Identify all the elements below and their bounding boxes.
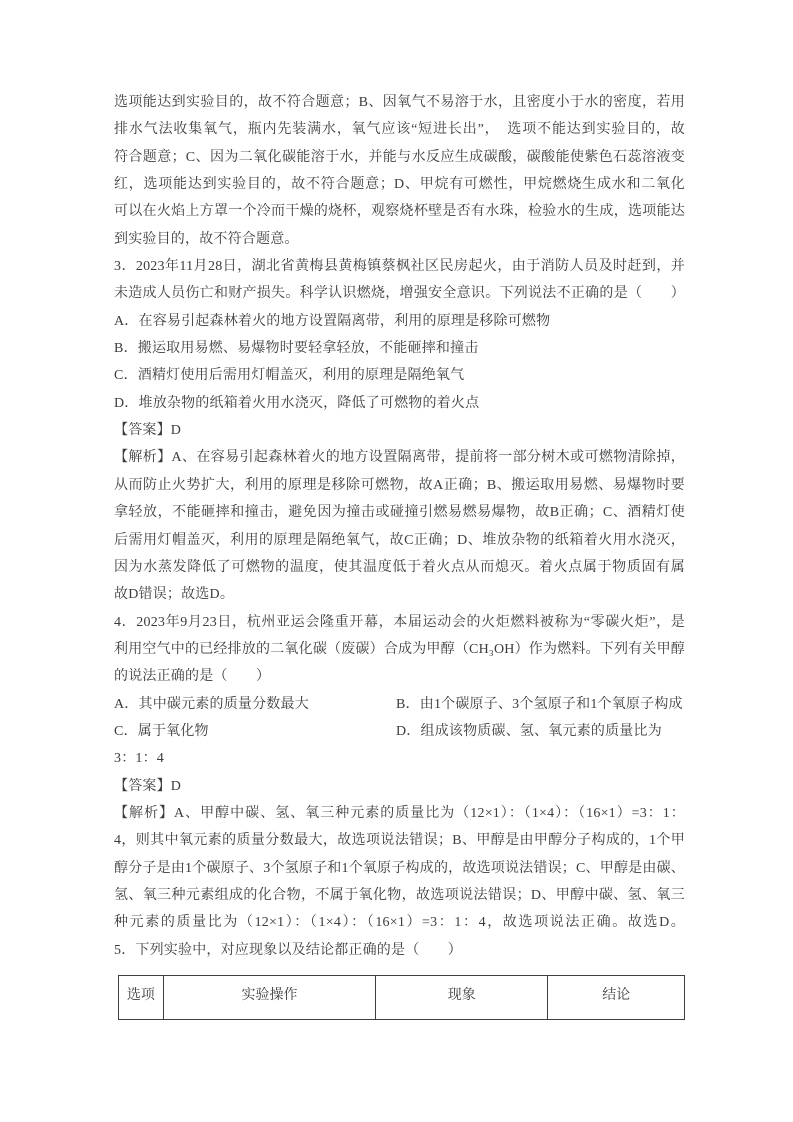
question-4-stem-line: 利用空气中的已经排放的二氧化碳（废碳）合成为甲醇（CH₃OH）作为燃料。下列有关…	[114, 636, 685, 663]
question-3-option-b: B．搬运取用易燃、易爆物时要轻拿轻放，不能砸摔和撞击	[114, 335, 685, 362]
question-4-analysis-line: 【解析】A、甲醇中碳、氢、氧三种元素的质量比为（12×1）：（1×4）：（16×…	[114, 800, 685, 827]
question-3-option-c: C．酒精灯使用后需用灯帽盖灭，利用的原理是隔绝氧气	[114, 362, 685, 389]
question-3-option-d: D．堆放杂物的纸箱着火用水浇灭，降低了可燃物的着火点	[114, 390, 685, 417]
question-4-option-d: D．组成该物质碳、氢、氧元素的质量比为	[396, 718, 685, 745]
question-3-analysis-line: 【解析】A、在容易引起森林着火的地方设置隔离带，提前将一部分树木或可燃物清除掉，	[114, 444, 685, 471]
table-header-phenomenon: 现象	[375, 976, 547, 1019]
question-4-answer: 【答案】D	[114, 773, 685, 800]
question-4-option-a: A．其中碳元素的质量分数最大	[114, 691, 396, 718]
analysis-line: 符合题意；C、因为二氧化碳能溶于水，并能与水反应生成碳酸，碳酸能使紫色石蕊溶液变	[114, 144, 685, 171]
analysis-line: 选项能达到实验目的，故不符合题意；B、因氧气不易溶于水，且密度小于水的密度，若用	[114, 89, 685, 116]
question-3-option-a: A．在容易引起森林着火的地方设置隔离带，利用的原理是移除可燃物	[114, 308, 685, 335]
question-3-stem-line: 3．2023年11月28日，湖北省黄梅县黄梅镇蔡枫社区民房起火，由于消防人员及时…	[114, 253, 685, 280]
question-3-analysis-line: 因为水蒸发降低了可燃物的温度，使其温度低于着火点从而熄灭。着火点属于物质固有属性…	[114, 554, 685, 581]
analysis-line: 红，选项能达到实验目的，故不符合题意；D、甲烷有可燃性，甲烷燃烧生成水和二氧化碳…	[114, 171, 685, 198]
question-4-option-d-wrap: 3：1：4	[114, 745, 685, 772]
question-4-analysis-line: 种元素的质量比为（12×1）：（1×4）：（16×1）=3：1：4，故选项说法正…	[114, 909, 685, 936]
question-5-stem: 5．下列实验中，对应现象以及结论都正确的是（ ）	[114, 937, 685, 964]
analysis-line: 可以在火焰上方罩一个冷而干燥的烧杯，观察烧杯壁是否有水珠，检验水的生成，选项能达	[114, 198, 685, 225]
question-3-analysis-line: 故D错误；故选D。	[114, 581, 685, 608]
analysis-line: 排水气法收集氧气，瓶内先装满水，氧气应该“短进长出”， 选项不能达到实验目的，故	[114, 116, 685, 143]
question-3-analysis-line: 拿轻放，不能砸摔和撞击，避免因为撞击或碰撞引燃易燃易爆物，故B正确；C、酒精灯使…	[114, 499, 685, 526]
table-header-conclusion: 结论	[547, 976, 684, 1019]
question-4-option-b: B．由1个碳原子、3个氢原子和1个氧原子构成	[396, 691, 685, 718]
question-4-option-c: C．属于氧化物	[114, 718, 396, 745]
table-header-operation: 实验操作	[163, 976, 375, 1019]
question-3-answer: 【答案】D	[114, 417, 685, 444]
question-4-option-row: C．属于氧化物 D．组成该物质碳、氢、氧元素的质量比为	[114, 718, 685, 745]
analysis-line: 到实验目的，故不符合题意。	[114, 226, 685, 253]
question-3-stem-line: 未造成人员伤亡和财产损失。科学认识燃烧，增强安全意识。下列说法不正确的是（ ）	[114, 280, 685, 307]
question-4-analysis-line: 醇分子是由1个碳原子、3个氢原子和1个氧原子构成的，故选项说法错误；C、甲醇是由…	[114, 855, 685, 882]
question-4-stem-line: 的说法正确的是（ ）	[114, 663, 685, 690]
question-4-stem-line: 4．2023年9月23日，杭州亚运会隆重开幕，本届运动会的火炬燃料被称为“零碳火…	[114, 609, 685, 636]
table-header-option: 选项	[119, 976, 163, 1019]
exam-document-page: 选项能达到实验目的，故不符合题意；B、因氧气不易溶于水，且密度小于水的密度，若用…	[114, 89, 685, 964]
question-4-analysis-line: 4，则其中氧元素的质量分数最大，故选项说法错误；B、甲醇是由甲醇分子构成的，1个…	[114, 827, 685, 854]
question-4-option-row: A．其中碳元素的质量分数最大 B．由1个碳原子、3个氢原子和1个氧原子构成	[114, 691, 685, 718]
question-3-analysis-line: 从而防止火势扩大，利用的原理是移除可燃物，故A正确；B、搬运取用易燃、易爆物时要…	[114, 472, 685, 499]
question-5-experiment-table: 选项 实验操作 现象 结论	[118, 975, 685, 1020]
question-4-analysis-line: 氢、氧三种元素组成的化合物，不属于氧化物，故选项说法错误；D、甲醇中碳、氢、氧三	[114, 882, 685, 909]
question-3-analysis-line: 后需用灯帽盖灭，利用的原理是隔绝氧气，故C正确；D、堆放杂物的纸箱着火用水浇灭，…	[114, 527, 685, 554]
